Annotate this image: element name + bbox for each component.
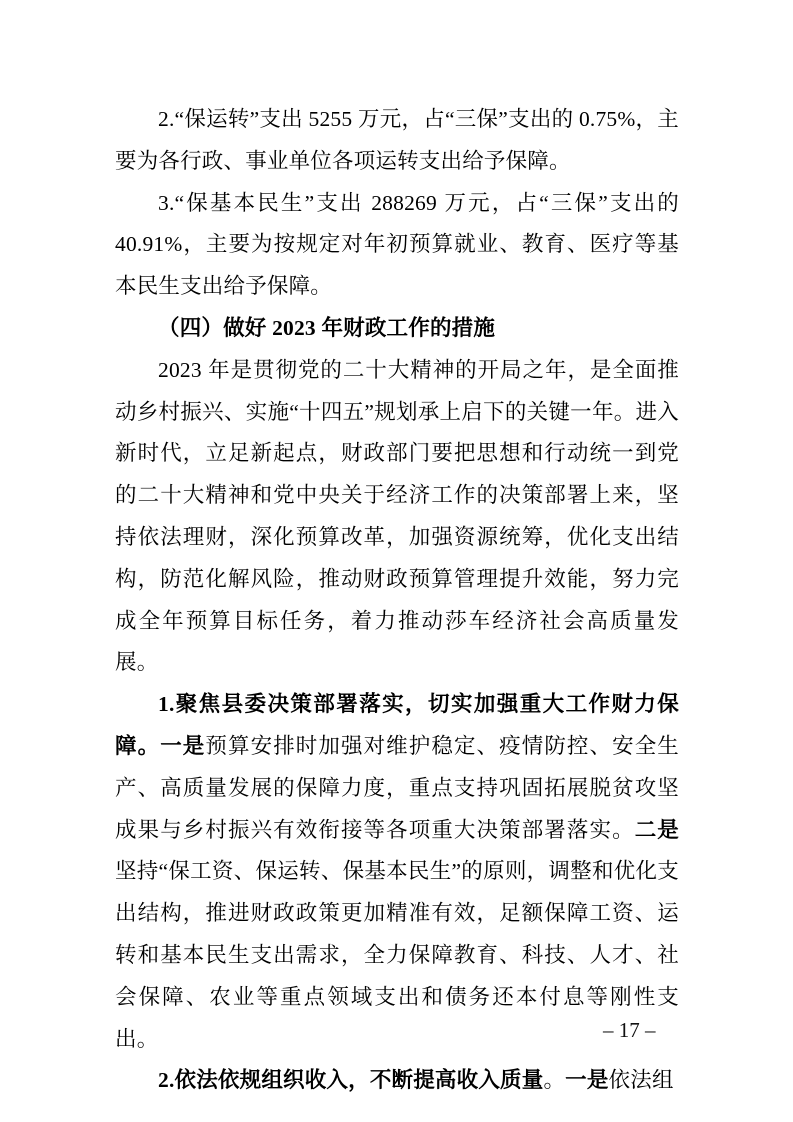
paragraph-bao-yunzhuan: 2.“保运转”支出 5255 万元，占“三保”支出的 0.75%，主要为各行政、… bbox=[115, 99, 679, 183]
measure-1-marker-ershi: 二是 bbox=[635, 818, 679, 842]
measure-2-marker-yishi: 一是 bbox=[565, 1068, 608, 1092]
paragraph-bao-minsheng: 3.“保基本民生”支出 288269 万元，占“三保”支出的 40.91%，主要… bbox=[115, 183, 679, 308]
paragraph-2023-overview: 2023 年是贯彻党的二十大精神的开局之年，是全面推动乡村振兴、实施“十四五”规… bbox=[115, 350, 679, 684]
paragraph-measure-2: 2.依法依规组织收入，不断提高收入质量。一是依法组 bbox=[115, 1060, 679, 1102]
measure-2-segment-1: 依法组 bbox=[609, 1068, 674, 1092]
section-heading-four: （四）做好 2023 年财政工作的措施 bbox=[115, 308, 679, 350]
measure-2-period: 。 bbox=[543, 1068, 565, 1092]
document-body: 2.“保运转”支出 5255 万元，占“三保”支出的 0.75%，主要为各行政、… bbox=[115, 99, 679, 1102]
paragraph-measure-1: 1.聚焦县委决策部署落实，切实加强重大工作财力保障。一是预算安排时加强对维护稳定… bbox=[115, 684, 679, 1060]
document-page: 2.“保运转”支出 5255 万元，占“三保”支出的 0.75%，主要为各行政、… bbox=[0, 0, 793, 1122]
measure-2-lead-sentence: 2.依法依规组织收入，不断提高收入质量 bbox=[158, 1068, 543, 1092]
measure-1-marker-yishi: 一是 bbox=[160, 734, 205, 758]
measure-1-segment-2: 坚持“保工资、保运转、保基本民生”的原则，调整和优化支出结构，推进财政政策更加精… bbox=[115, 859, 679, 1050]
page-number: – 17 – bbox=[603, 1018, 683, 1042]
